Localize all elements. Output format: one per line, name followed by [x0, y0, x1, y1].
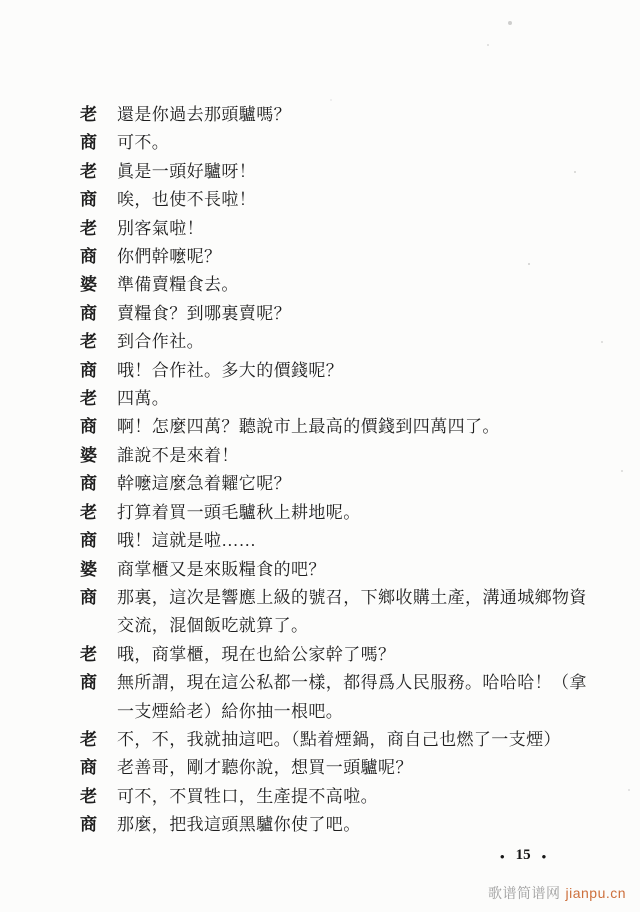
dialogue-line: 商 哦！合作社。多大的價錢呢？: [0, 357, 640, 385]
speaker-label: 商: [80, 470, 117, 498]
speaker-label: 老: [80, 158, 117, 186]
dialogue-line: 婆 準備賣糧食去。: [0, 271, 640, 299]
dialogue-text: 老善哥，剛才聽你說，想買一頭驢呢？: [117, 754, 593, 782]
page-number-dot-left: •: [500, 850, 505, 863]
dialogue-line: 老 別客氣啦！: [0, 215, 640, 243]
dialogue-line: 商 你們幹嚒呢？: [0, 243, 640, 271]
dialogue-text: 誰說不是來着！: [117, 442, 593, 470]
speaker-label: 商: [80, 243, 117, 271]
scanned-script-page: { "page": { "number": "15", "footer_dot"…: [0, 0, 640, 912]
dialogue-line: 老 還是你過去那頭驢嗎？: [0, 101, 640, 129]
speaker-label: 婆: [80, 556, 117, 584]
dialogue-text: 打算着買一頭毛驢秋上耕地呢。: [117, 499, 593, 527]
speaker-label: 老: [80, 385, 117, 413]
speaker-label: 婆: [80, 271, 117, 299]
dialogue-line: 商 那裏，這次是響應上級的號召，下鄉收購土產，溝通城鄉物資 交流，混個飯吃就算了…: [0, 584, 640, 641]
dialogue-text: 可不，不買牲口，生產提不高啦。: [117, 783, 593, 811]
dialogue-line: 老 到合作社。: [0, 328, 640, 356]
dialogue-text: 到合作社。: [117, 328, 593, 356]
watermark: 歌谱简谱网 jianpu.cn: [488, 883, 626, 903]
dialogue-line: 商 哦！這就是啦……: [0, 527, 640, 555]
dialogue-text: 可不。: [117, 129, 593, 157]
speaker-label: 婆: [80, 442, 117, 470]
dialogue-text: 準備賣糧食去。: [117, 271, 593, 299]
dialogue-line: 老 哦，商掌櫃，現在也給公家幹了嗎？: [0, 641, 640, 669]
dialogue-line: 老 可不，不買牲口，生產提不高啦。: [0, 783, 640, 811]
speaker-label: 商: [80, 300, 117, 328]
dialogue-line: 商 幹嚒這麼急着糶它呢？: [0, 470, 640, 498]
dialogue-text: 那裏，這次是響應上級的號召，下鄉收購土產，溝通城鄉物資 交流，混個飯吃就算了。: [117, 584, 593, 641]
page-number-value: 15: [516, 847, 531, 864]
dialogue-text: 哦！這就是啦……: [117, 527, 593, 555]
page-number-dot-right: •: [542, 850, 547, 863]
speaker-label: 商: [80, 413, 117, 441]
speaker-label: 老: [80, 101, 117, 129]
dialogue-line: 老 不，不，我就抽這吧。（點着煙鍋，商自己也燃了一支煙）: [0, 726, 640, 754]
dialogue-text: 哦！合作社。多大的價錢呢？: [117, 357, 593, 385]
dialogue-text: 啊！怎麼四萬？聽說市上最高的價錢到四萬四了。: [117, 413, 593, 441]
dialogue-line: 老 四萬。: [0, 385, 640, 413]
watermark-site-name: 歌谱简谱网: [488, 883, 561, 903]
speaker-label: 老: [80, 215, 117, 243]
dialogue-line: 商 啊！怎麼四萬？聽說市上最高的價錢到四萬四了。: [0, 413, 640, 441]
dialogue-text: 唉，也使不長啦！: [117, 186, 593, 214]
speaker-label: 商: [80, 527, 117, 555]
speaker-label: 商: [80, 186, 117, 214]
speaker-label: 商: [80, 129, 117, 157]
speaker-label: 老: [80, 726, 117, 754]
dialogue-line: 商 那麼，把我這頭黑驢你使了吧。: [0, 811, 640, 839]
scan-noise-specks: [0, 0, 2, 2]
speaker-label: 老: [80, 641, 117, 669]
speaker-label: 商: [80, 811, 117, 839]
watermark-site-url: jianpu.cn: [566, 885, 627, 901]
speaker-label: 商: [80, 584, 117, 612]
speaker-label: 商: [80, 754, 117, 782]
dialogue-line: 老 眞是一頭好驢呀！: [0, 158, 640, 186]
dialogue-line: 商 唉，也使不長啦！: [0, 186, 640, 214]
dialogue-text: 四萬。: [117, 385, 593, 413]
dialogue-text: 眞是一頭好驢呀！: [117, 158, 593, 186]
dialogue-line: 婆 誰說不是來着！: [0, 442, 640, 470]
speaker-label: 老: [80, 328, 117, 356]
dialogue-line: 商 無所謂，現在這公私都一樣，都得爲人民服務。哈哈哈！（拿 一支煙給老）給你抽一…: [0, 669, 640, 726]
dialogue-text: 無所謂，現在這公私都一樣，都得爲人民服務。哈哈哈！（拿 一支煙給老）給你抽一根吧…: [117, 669, 593, 726]
dialogue-line: 老 打算着買一頭毛驢秋上耕地呢。: [0, 499, 640, 527]
dialogue-line: 商 可不。: [0, 129, 640, 157]
dialogue-line: 商 賣糧食？到哪裏賣呢？: [0, 300, 640, 328]
speaker-label: 老: [80, 499, 117, 527]
dialogue-text: 哦，商掌櫃，現在也給公家幹了嗎？: [117, 641, 593, 669]
dialogue-text: 賣糧食？到哪裏賣呢？: [117, 300, 593, 328]
dialogue-text: 幹嚒這麼急着糶它呢？: [117, 470, 593, 498]
dialogue-text: 那麼，把我這頭黑驢你使了吧。: [117, 811, 593, 839]
speaker-label: 商: [80, 669, 117, 697]
dialogue-text: 不，不，我就抽這吧。（點着煙鍋，商自己也燃了一支煙）: [117, 726, 593, 754]
dialogue-line: 婆 商掌櫃又是來販糧食的吧？: [0, 556, 640, 584]
speaker-label: 老: [80, 783, 117, 811]
dialogue-text: 別客氣啦！: [117, 215, 593, 243]
dialogue-text: 還是你過去那頭驢嗎？: [117, 101, 593, 129]
dialogue-text: 你們幹嚒呢？: [117, 243, 593, 271]
speaker-label: 商: [80, 357, 117, 385]
dialogue-list: 老 還是你過去那頭驢嗎？ 商 可不。 老 眞是一頭好驢呀！ 商 唉，也使不長啦！…: [0, 101, 640, 840]
dialogue-line: 商 老善哥，剛才聽你說，想買一頭驢呢？: [0, 754, 640, 782]
page-number: • 15 •: [500, 847, 546, 864]
dialogue-text: 商掌櫃又是來販糧食的吧？: [117, 556, 593, 584]
